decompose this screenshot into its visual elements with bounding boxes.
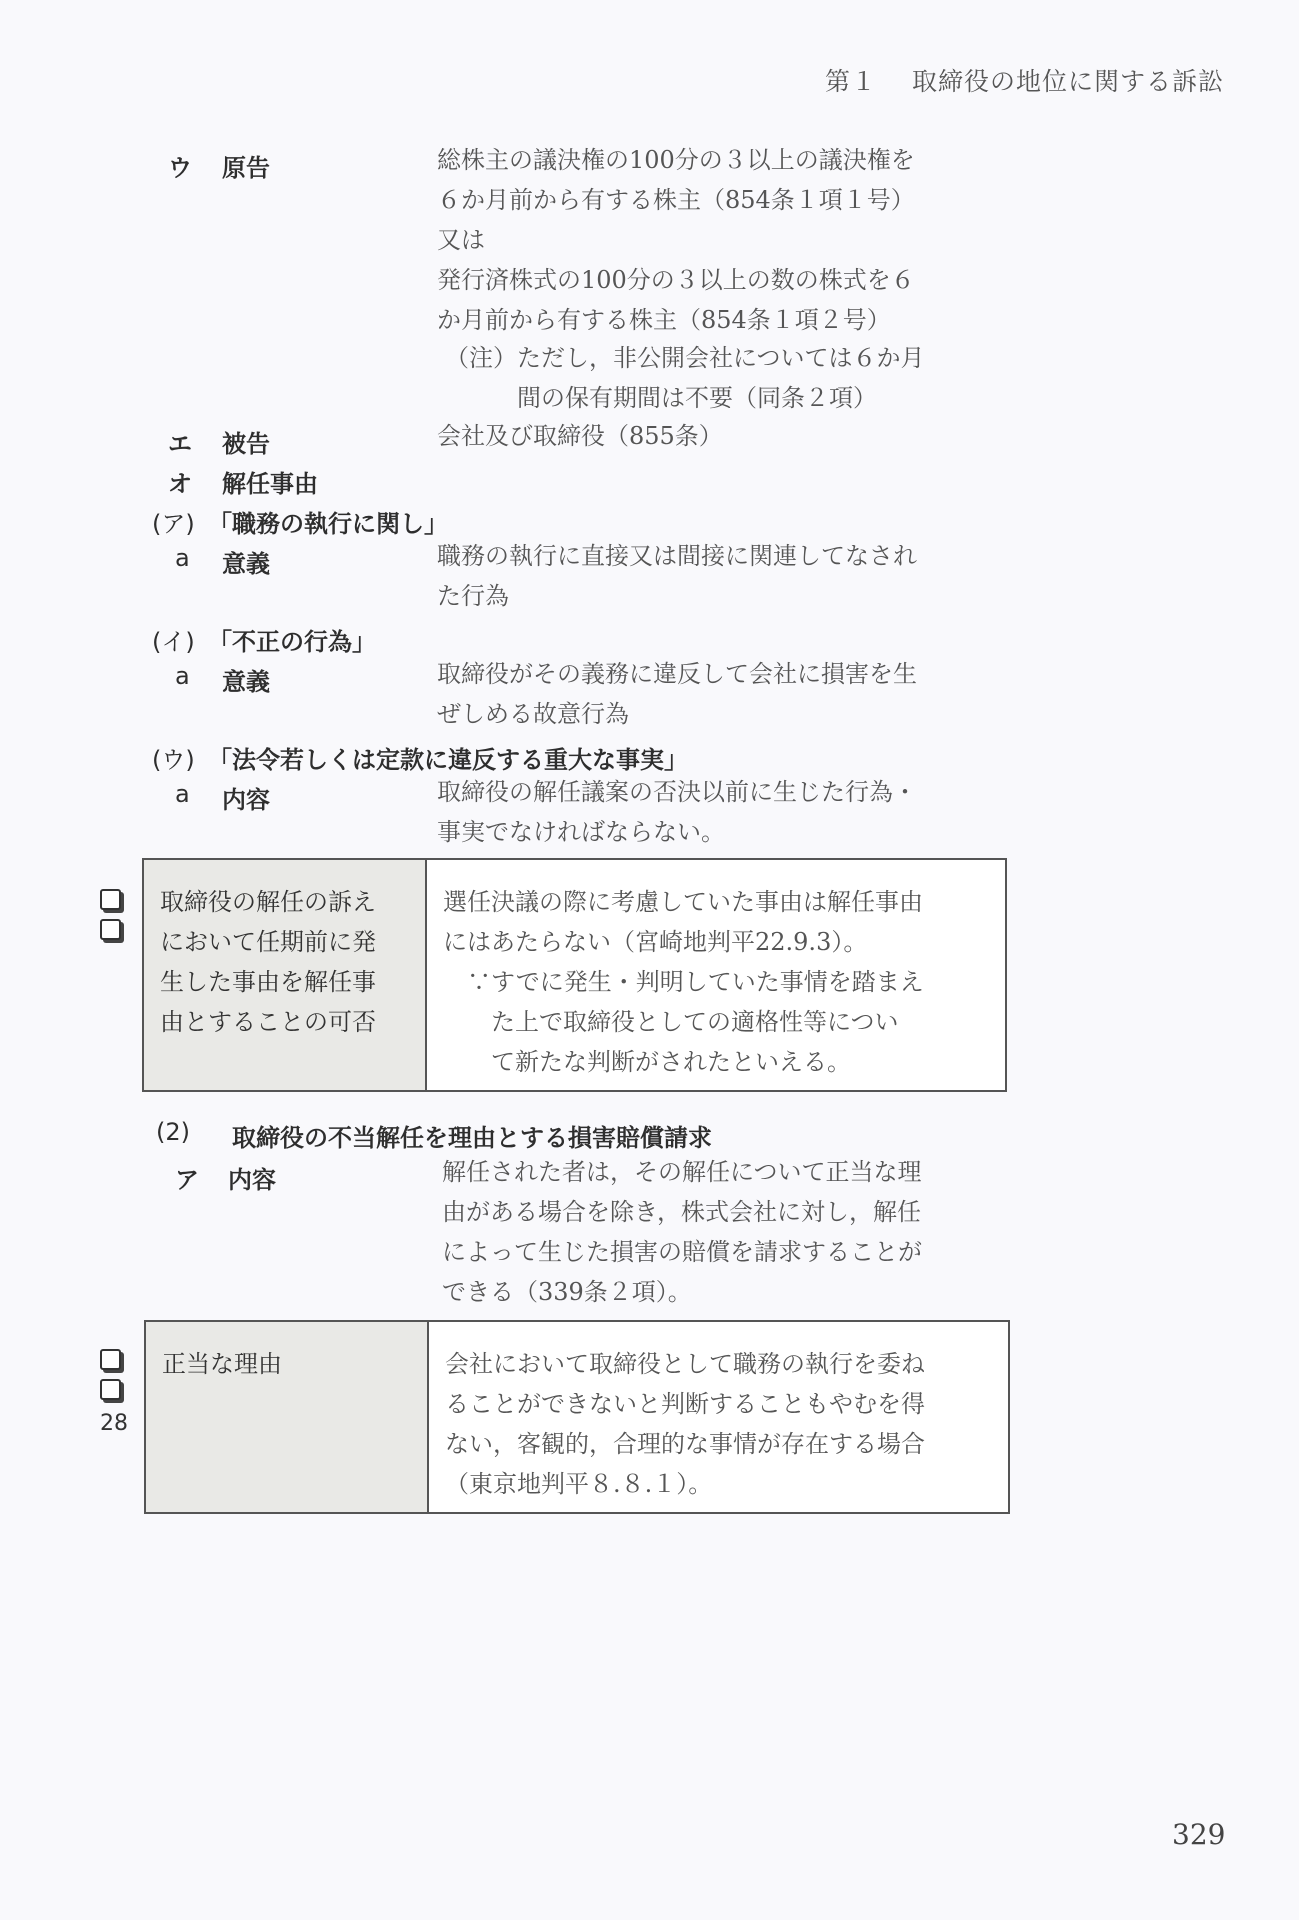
item-label-plaintiff: 原告: [222, 148, 270, 183]
item-label-dismissal-grounds: 解任事由: [222, 464, 318, 499]
item-label-content: 内容: [228, 1160, 276, 1195]
defendant-text: 会社及び取締役（855条）: [437, 416, 723, 456]
violation-content: 取締役の解任議案の否決以前に生じた行為・ 事実でなければならない。: [437, 772, 917, 852]
item-mark-e: エ: [168, 424, 192, 459]
duties-definition: 職務の執行に直接又は間接に関連してなされ た行為: [437, 536, 917, 616]
box-holding: 会社において取締役として職務の執行を委ね ることができないと判断することもやむを…: [429, 1322, 1008, 1512]
sub-label-violation: 「法令若しくは定款に違反する重大な事実」: [208, 740, 688, 775]
sub-item-label: 意義: [222, 662, 270, 697]
running-head: 第１ 取締役の地位に関する訴訟: [825, 62, 1224, 98]
item-mark-u: ウ: [168, 148, 192, 183]
review-checkbox-4[interactable]: [100, 1379, 121, 1400]
sub-item-mark: a: [175, 780, 190, 808]
review-checkbox-1[interactable]: [100, 889, 121, 910]
misconduct-definition: 取締役がその義務に違反して会社に損害を生 ぜしめる故意行為: [437, 654, 917, 734]
sub-mark-u: (ウ): [152, 740, 195, 775]
case-box-just-cause: 正当な理由 会社において取締役として職務の執行を委ね ることができないと判断する…: [144, 1320, 1010, 1514]
section-mark-2: (2): [156, 1118, 190, 1146]
side-reference-number: 28: [100, 1411, 128, 1436]
box-issue: 取締役の解任の訴え において任期前に発 生した事由を解任事 由とすることの可否: [144, 860, 427, 1090]
section-title-damages: 取締役の不当解任を理由とする損害賠償請求: [232, 1118, 712, 1153]
damages-content: 解任された者は，その解任について正当な理 由がある場合を除き，株式会社に対し，解…: [442, 1152, 922, 1312]
review-checkbox-2[interactable]: [100, 919, 121, 940]
sub-item-label: 意義: [222, 544, 270, 579]
sub-item-mark: a: [175, 544, 190, 572]
box-issue: 正当な理由: [146, 1322, 429, 1512]
sub-mark-a: (ア): [152, 504, 195, 539]
page-number: 329: [1172, 1818, 1225, 1851]
sub-label-misconduct: 「不正の行為」: [208, 622, 376, 657]
plaintiff-note: （注）ただし，非公開会社については６か月 間の保有期間は不要（同条２項）: [445, 338, 925, 418]
sub-label-duties: 「職務の執行に関し」: [208, 504, 448, 539]
review-checkbox-3[interactable]: [100, 1349, 121, 1370]
item-mark-a: ア: [175, 1160, 199, 1195]
box-holding: 選任決議の際に考慮していた事由は解任事由 にはあたらない（宮崎地判平22.9.3…: [427, 860, 1005, 1090]
item-mark-o: オ: [168, 464, 192, 499]
plaintiff-text: 総株主の議決権の100分の３以上の議決権を ６か月前から有する株主（854条１項…: [437, 140, 915, 340]
sub-mark-i: (イ): [152, 622, 195, 657]
case-box-pre-term-grounds: 取締役の解任の訴え において任期前に発 生した事由を解任事 由とすることの可否 …: [142, 858, 1007, 1092]
sub-item-mark: a: [175, 662, 190, 690]
item-label-defendant: 被告: [222, 424, 270, 459]
sub-item-label: 内容: [222, 780, 270, 815]
